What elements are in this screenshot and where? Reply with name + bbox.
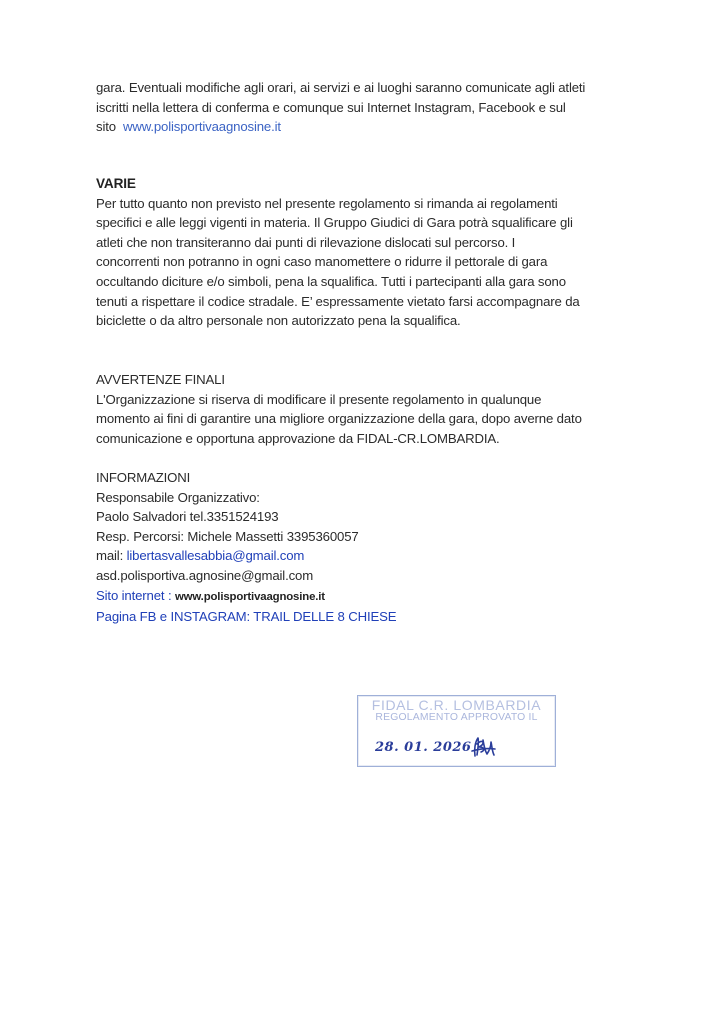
website-url[interactable]: www.polisportivaagnosine.it: [175, 591, 325, 603]
varie-line: tenuti a rispettare il codice stradale. …: [96, 292, 656, 312]
stamp-title: FIDAL C.R. LOMBARDIA: [358, 697, 555, 713]
section-heading-avvertenze: AVVERTENZE FINALI: [96, 370, 656, 390]
varie-line: biciclette o da altro personale non auto…: [96, 311, 656, 331]
avvertenze-line: momento ai fini di garantire una miglior…: [96, 409, 656, 429]
document-page: gara. Eventuali modifiche agli orari, ai…: [0, 0, 724, 1024]
signature-icon: [469, 736, 497, 758]
intro-site-line: sito www.polisportivaagnosine.it: [96, 117, 656, 137]
stamp-date: 28. 01. 2026: [375, 740, 471, 755]
mail-line: mail: libertasvallesabbia@gmail.com: [96, 546, 656, 566]
varie-section: VARIE Per tutto quanto non previsto nel …: [96, 174, 656, 331]
varie-line: atleti che non transiteranno dai punti d…: [96, 233, 656, 253]
intro-paragraph: gara. Eventuali modifiche agli orari, ai…: [96, 78, 656, 137]
email-link-libertas[interactable]: libertasvallesabbia@gmail.com: [127, 548, 305, 563]
avvertenze-section: AVVERTENZE FINALI L'Organizzazione si ri…: [96, 370, 656, 448]
section-heading-informazioni: INFORMAZIONI: [96, 468, 656, 488]
intro-line: gara. Eventuali modifiche agli orari, ai…: [96, 78, 656, 98]
percorsi-contact: Resp. Percorsi: Michele Massetti 3395360…: [96, 527, 656, 547]
section-heading-varie: VARIE: [96, 174, 656, 194]
website-line: Sito internet : www.polisportivaagnosine…: [96, 586, 656, 608]
stamp-subtitle: REGOLAMENTO APPROVATO IL: [358, 712, 555, 724]
website-link[interactable]: www.polisportivaagnosine.it: [123, 119, 281, 134]
varie-line: concorrenti non potranno in ogni caso ma…: [96, 252, 656, 272]
avvertenze-line: comunicazione e opportuna approvazione d…: [96, 429, 656, 449]
email-polisportiva[interactable]: asd.polisportiva.agnosine@gmail.com: [96, 566, 656, 586]
responsabile-contact: Paolo Salvadori tel.3351524193: [96, 507, 656, 527]
varie-line: Per tutto quanto non previsto nel presen…: [96, 194, 656, 214]
social-pages: Pagina FB e INSTAGRAM: TRAIL DELLE 8 CHI…: [96, 607, 656, 627]
intro-line: iscritti nella lettera di conferma e com…: [96, 98, 656, 118]
avvertenze-line: L'Organizzazione si riserva di modificar…: [96, 390, 656, 410]
mail-label: mail:: [96, 548, 127, 563]
intro-site-prefix: sito: [96, 119, 119, 134]
informazioni-section: INFORMAZIONI Responsabile Organizzativo:…: [96, 468, 656, 627]
varie-line: occultando diciture e/o simboli, pena la…: [96, 272, 656, 292]
approval-stamp: FIDAL C.R. LOMBARDIA REGOLAMENTO APPROVA…: [357, 695, 556, 767]
website-label: Sito internet :: [96, 588, 175, 603]
responsabile-label: Responsabile Organizzativo:: [96, 488, 656, 508]
varie-line: specifici e alle leggi vigenti in materi…: [96, 213, 656, 233]
